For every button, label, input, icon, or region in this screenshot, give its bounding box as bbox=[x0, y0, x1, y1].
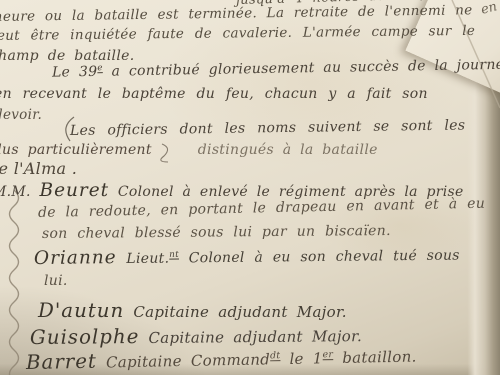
line-text: le 1 bbox=[280, 349, 323, 368]
line-text: champ de bataille. bbox=[0, 48, 134, 64]
officer-name: D'autun bbox=[38, 299, 124, 322]
manuscript-line: Orianne Lieut.nt Colonel à eu son cheval… bbox=[34, 244, 460, 269]
manuscript-line: son cheval blessé sous lui par un biscaï… bbox=[42, 223, 391, 242]
manuscript-line: lui. bbox=[44, 273, 68, 289]
manuscript-line: de l'Alma . bbox=[0, 159, 77, 178]
line-text: heure ou la bataille est terminée. La re… bbox=[0, 2, 473, 25]
line-text: en recevant le baptême du feu, chacun y … bbox=[0, 86, 428, 102]
line-text: lui. bbox=[44, 273, 68, 289]
superscript-text: er bbox=[323, 349, 334, 360]
officer-name: Beuret bbox=[40, 180, 110, 201]
manuscript-line: champ de bataille. bbox=[0, 48, 134, 64]
superscript-text: nt bbox=[169, 250, 179, 260]
officer-name: Barret bbox=[26, 350, 97, 374]
manuscript-line: Les officiers dont les noms suivent se s… bbox=[70, 117, 465, 139]
line-text: devoir. bbox=[0, 107, 42, 123]
manuscript-line: D'autun Capitaine adjudant Major. bbox=[38, 299, 347, 322]
line-text: Capitaine adjudant Major. bbox=[139, 327, 362, 347]
line-text: Les officiers dont les noms suivent se s… bbox=[70, 117, 465, 139]
line-text: Capitaine Command bbox=[97, 350, 271, 371]
manuscript-line: plus particulièrementdistingués à la bat… bbox=[0, 142, 378, 158]
line-text: Le 39 bbox=[52, 64, 98, 81]
manuscript-line: heure ou la bataille est terminée. La re… bbox=[0, 2, 473, 25]
line-text: distingués à la bataille bbox=[198, 142, 378, 158]
line-text: a contribué glorieusement au succès de l… bbox=[103, 57, 500, 80]
line-text: plus particulièrement bbox=[0, 142, 152, 158]
manuscript-line: en recevant le baptême du feu, chacun y … bbox=[0, 86, 428, 102]
manuscript-line: peut être inquiétée faute de cavalerie. … bbox=[0, 23, 475, 44]
margin-wavy-mark bbox=[10, 190, 19, 375]
manuscript-page: en jusqu'à 4 heures du soir, heure ou la… bbox=[0, 0, 500, 375]
line-text: peut être inquiétée faute de cavalerie. … bbox=[0, 23, 475, 44]
line-text: M.M. bbox=[0, 184, 40, 200]
line-text: son cheval blessé sous lui par un biscaï… bbox=[42, 223, 391, 242]
line-text: de l'Alma . bbox=[0, 159, 77, 178]
officer-name: Guisolphe bbox=[30, 325, 140, 349]
line-text: Lieut. bbox=[117, 251, 170, 268]
line-text: Capitaine adjudant Major. bbox=[124, 303, 347, 321]
line-text: bataillon. bbox=[333, 348, 417, 368]
officer-name: Orianne bbox=[34, 247, 117, 269]
manuscript-line: devoir. bbox=[0, 107, 42, 123]
line-text: Colonel à eu son cheval tué sous bbox=[179, 248, 460, 267]
